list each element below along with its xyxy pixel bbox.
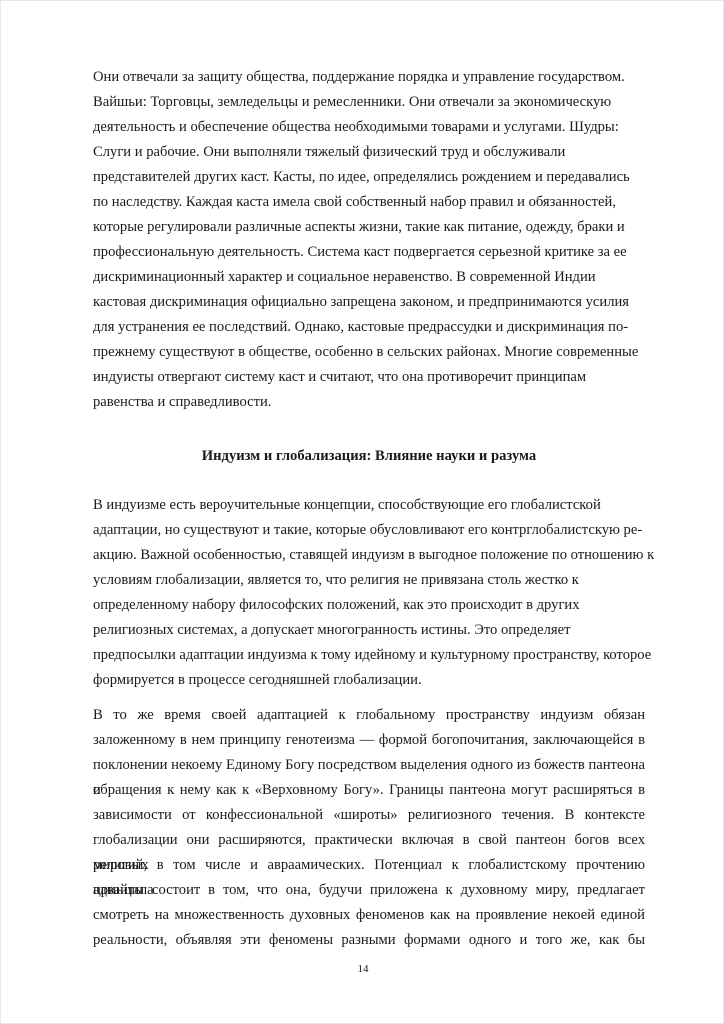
paragraph-globalization-intro: В индуизме есть вероучительные концепции…	[93, 493, 645, 693]
text-line: Слуги и рабочие. Они выполняли тяжелый ф…	[93, 140, 645, 165]
text-line: которые регулировали различные аспекты ж…	[93, 215, 645, 240]
text-line: акцию. Важной особенностью, ставящей инд…	[93, 543, 645, 568]
text-line: по наследству. Каждая каста имела свой с…	[93, 190, 645, 215]
text-line: зависимости от конфессиональной «широты»…	[93, 803, 645, 828]
text-line: равенства и справедливости.	[93, 390, 645, 415]
text-line: В индуизме есть вероучительные концепции…	[93, 493, 645, 518]
text-line: В то же время своей адаптацией к глобаль…	[93, 703, 645, 728]
text-line: условиям глобализации, является то, что …	[93, 568, 645, 593]
text-line: предпосылки адаптации индуизма к тому ид…	[93, 643, 645, 668]
text-line: кастовая дискриминация официально запрещ…	[93, 290, 645, 315]
text-line: деятельность и обеспечение общества необ…	[93, 115, 645, 140]
text-line: адаптации, но существуют и такие, которы…	[93, 518, 645, 543]
text-line: реальности, объявляя эти феномены разным…	[93, 928, 645, 953]
text-line: определенному набору философских положен…	[93, 593, 645, 618]
text-line: индуисты отвергают систему каст и считаю…	[93, 365, 645, 390]
text-line: представителей других каст. Касты, по ид…	[93, 165, 645, 190]
text-line: дискриминационный характер и социальное …	[93, 265, 645, 290]
text-line: обращения к нему как к «Верховному Богу»…	[93, 778, 645, 803]
text-line: поклонении некоему Единому Богу посредст…	[93, 753, 645, 778]
text-line: религий, в том числе и авраамических. По…	[93, 853, 645, 878]
text-line: глобализации они расширяются, практическ…	[93, 828, 645, 853]
paragraph-henotheism: В то же время своей адаптацией к глобаль…	[93, 703, 645, 953]
section-heading: Индуизм и глобализация: Влияние науки и …	[93, 444, 645, 469]
text-line: профессиональную деятельность. Система к…	[93, 240, 645, 265]
text-line: заложенному в нем принципу генотеизма — …	[93, 728, 645, 753]
text-line: религиозных системах, а допускает многог…	[93, 618, 645, 643]
text-line: Вайшьи: Торговцы, земледельцы и ремеслен…	[93, 90, 645, 115]
page-number: 14	[1, 962, 724, 977]
text-line: Они отвечали за защиту общества, поддерж…	[93, 65, 645, 90]
document-content: Они отвечали за защиту общества, поддерж…	[93, 65, 645, 953]
text-line: формируется в процессе сегодняшней глоба…	[93, 668, 645, 693]
paragraph-castes: Они отвечали за защиту общества, поддерж…	[93, 65, 645, 415]
document-page: Они отвечали за защиту общества, поддерж…	[0, 0, 724, 1024]
text-line: адвайты состоит в том, что она, будучи п…	[93, 878, 645, 903]
text-line: прежнему существуют в обществе, особенно…	[93, 340, 645, 365]
text-line: смотреть на множественность духовных фен…	[93, 903, 645, 928]
text-line: для устранения ее последствий. Однако, к…	[93, 315, 645, 340]
